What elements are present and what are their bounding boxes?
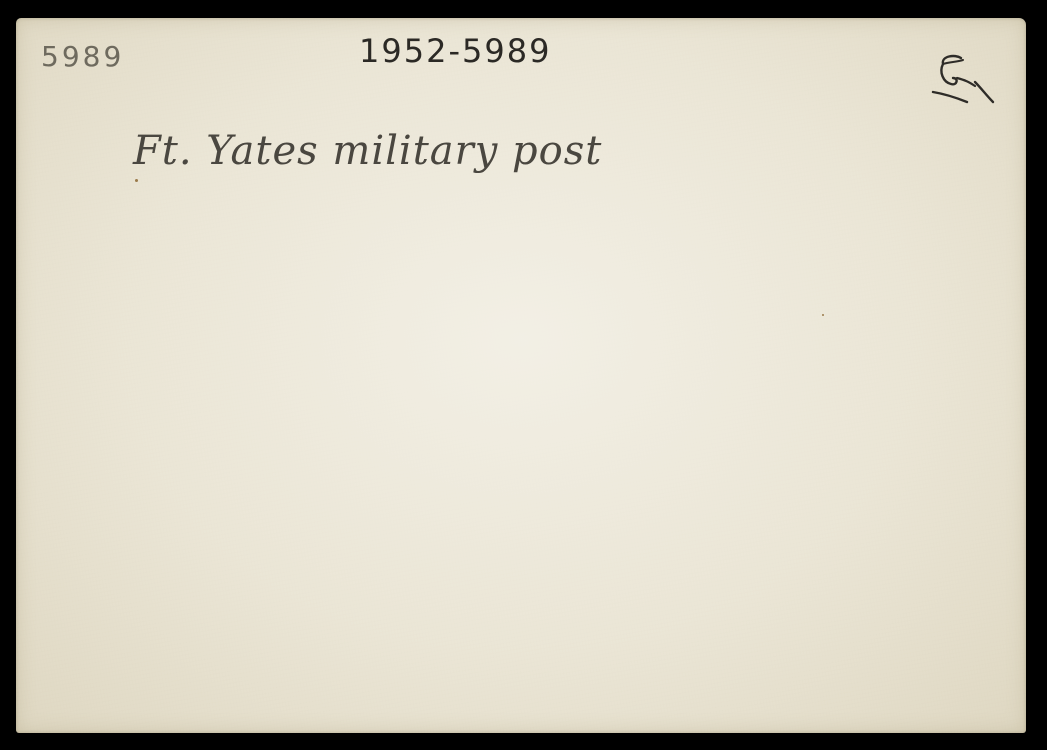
catalog-number: 5989 [41, 40, 124, 73]
photo-card-back: 5989 1952-5989 Ft. Yates military post [16, 18, 1026, 733]
accession-number: 1952-5989 [359, 32, 551, 70]
handwritten-caption: Ft. Yates military post [133, 128, 602, 174]
paper-speck [135, 179, 138, 182]
corner-initial-mark-icon [931, 48, 1001, 118]
paper-speck [822, 314, 824, 316]
